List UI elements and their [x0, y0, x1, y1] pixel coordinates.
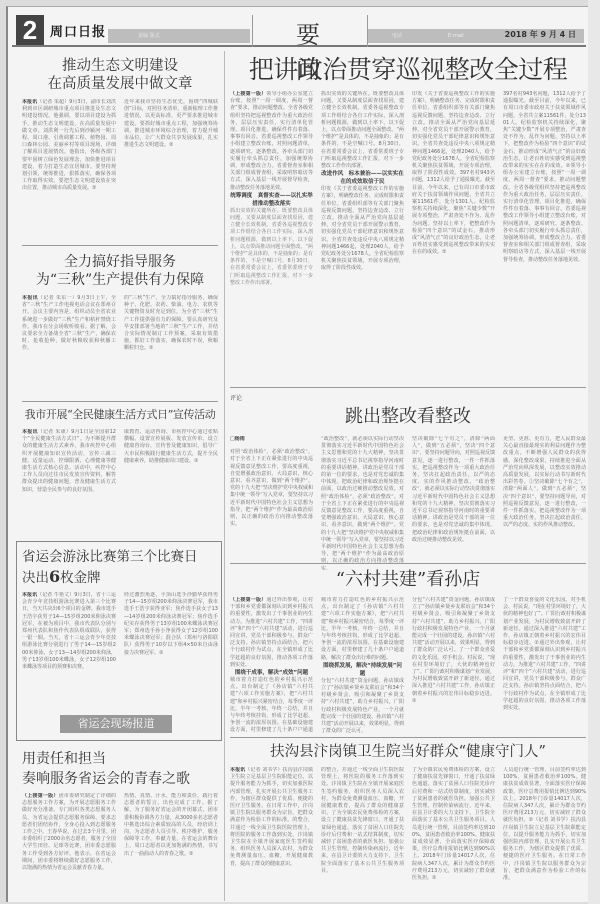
body-text: 印发《关于省委巡视整改工作的实施方案》，明确整改任务、完成时限和责任单位。省委组… [412, 91, 495, 176]
body-column: 的整合，并通过一线全面卫生院医院管理上，将医院的服务工作落到实处。汴岗镇卫生院在… [321, 767, 404, 897]
body-column: 经过激烈角逐，平顶山选手沙勤华获得男子14—15岁组200米仰泳决赛冠军，我市选… [124, 592, 218, 708]
article-lead: 本报讯 [22, 99, 37, 105]
article-lead: 本报讯 [22, 295, 38, 301]
body-text: 了一个群众喜爱的文化乐园。对手机会、村民说，“现在村里环境好了，大伙的精神也好了… [503, 597, 586, 646]
article-lead: （上接第一版） [230, 597, 266, 603]
column-divider [224, 51, 225, 901]
body-text: 印发《关于省委巡视整改工作的实施方案》，明确整改任务、完成时限和责任单位。省委组… [321, 186, 404, 271]
article-six-villages: “六村共建”看孙店 （上接第一版）通过外出参观，让村干部和乡党委都深刻认识到乡村… [230, 567, 586, 733]
body-text: “政治整改”，就必须以实际行动坚决贯彻落实习近平新时代中国特色社会主义思想和党的… [321, 436, 404, 492]
commentary-headline: 跳出整改看整改 [230, 404, 586, 430]
body-column: 康教育、运动咨询、市疾控中心通过张贴横幅、设置宣传展板、发放宣传单、设立健康咨询… [124, 429, 218, 519]
body-text: 的“三秋”生产，全力搞好指导服务，确保种子、化肥、农药、柴油、电力、农机等关键物… [124, 295, 218, 351]
article-body: （上接第一版）领导小组办公室建立台账，按照“一周一调度，两周一督查”要求，推动问… [230, 91, 586, 361]
headline-line: 省运会游泳比赛第三个比赛日 [22, 547, 218, 567]
page-margin [588, 0, 600, 904]
body-text: 人员进行统一管理，目前签约率达到100%，贫困患者救治率100%。健康扶贫成效显… [503, 767, 586, 823]
article-body: 本报讯（记者 刘书学）扶沟县汴岗镇卫生院立足基层卫生院职能定位，以提升服务能力为… [230, 767, 586, 897]
body-column: 了为全镇农民免费体检的方案，设立了健康扶贫先锋窗口，开通了扶贫绿色通道。落实了贫… [412, 767, 495, 897]
article-headline: 推动生态文明建设 在高质量发展中做文章 [22, 57, 218, 93]
hotline-meta: 电话 [392, 29, 402, 43]
masthead: 2 周口日报 责编 版式 要闻 电话 E-mail 2018 年 9 月 4 日 [12, 11, 586, 47]
body-column: 397名村943名问题，1312人给予了通报曝光。截至目前，今年以来，已有周口市… [503, 91, 586, 361]
article-headline: 我市开展“全民健康生活方式日”宣传活动 [22, 407, 218, 423]
divider [230, 737, 586, 738]
body-text: 通过外出参观，让村干部和乡党委都深刻认识到乡村振兴的重要性，激发出了干事创业的内… [503, 640, 586, 711]
article-headline: 用责任和担当 奏响服务省运会的青春之歌 [22, 749, 218, 789]
commentary-kicker: 评论 [230, 393, 586, 402]
body-text: 了一个群众喜爱的文化乐园。对手机会、村民说，“现在村里环境好了，大伙的精神也好了… [412, 647, 495, 703]
body-text: （记者 朱东一）9月3日上午，全省“三秋”生产工作电视电话会议在郑州召开。会议主… [22, 295, 116, 351]
body-column: 本报讯（记者 朱东一）9月3日上午，全省“三秋”生产工作电视电话会议在郑州召开。… [22, 295, 116, 391]
body-text: 经过激烈角逐，平顶山选手沙勤华获得男子14—15岁组200米仰泳决赛冠军，我市选… [124, 592, 218, 656]
body-text: 康教育、运动咨询、市疾控中心通过张贴横幅、设置宣传展板、发放宣传单、设立健康咨询… [124, 429, 218, 464]
body-text: 了为全镇农民免费体检的方案，设立了健康扶贫先锋窗口，开通了扶贫绿色通道。落实了贫… [412, 767, 495, 823]
headline-line: 在高质量发展中做文章 [22, 75, 218, 93]
article-body: 本报讯（记者 朱东一）9月3日上午，全省“三秋”生产工作电视电话会议在郑州召开。… [22, 295, 218, 391]
article-lead: （上接第一版） [22, 793, 59, 799]
body-text: 了为全镇农民免费体检的方案，设立了健康扶贫先锋窗口，开通了扶贫绿色通道。落实了贫… [321, 810, 404, 874]
headline-line: 为“三秋”生产提供有力保障 [22, 271, 218, 289]
page-number: 2 [16, 15, 44, 45]
subheading: 统筹调度 真督实查——以扎实举措推动整改落实 [230, 192, 313, 208]
body-text: 近年来我市坚持生态优先，围绕“四城联创”目标，对照任务清单，重新梳理工作推进情况… [124, 99, 218, 148]
body-column: 人员进行统一管理，目前签约率达到100%，贫困患者救治率100%。健康扶贫成效显… [503, 767, 586, 897]
body-text: 分包“六村共建”资金问题，孙店镇成立了“孙店镇乡贤乡友联谊会”和34个村级乡贤会… [412, 597, 495, 653]
subheading: 围绕抓发展，解决“持续发展”问题 [321, 662, 404, 678]
body-text: 397名村943名问题，1312人给予了通报曝光。截至目前，今年以来，已有周口市… [412, 170, 495, 255]
newspaper-page: 2 周口日报 责编 版式 要闻 电话 E-mail 2018 年 9 月 4 日… [6, 6, 588, 902]
body-column: 城市着力打造红色的乡村振兴示范点。出台制定了《孙店镇“六村共建”六项工作实施方案… [321, 597, 404, 733]
article-three-autumn: 全力搞好指导服务 为“三秋”生产提供有力保障 本报讯（记者 朱东一）9月3日上午… [22, 253, 218, 391]
commentary-body: □杨雨对照“政治体检”，必须“政治整改”。对于全省上下正在紧张进行的中央巡视反馈… [230, 436, 586, 570]
divider [252, 15, 253, 47]
article-health-gatekeeper: 扶沟县汴岗镇卫生院当好群众“健康守门人” 本报讯（记者 刘书学）扶沟县汴岗镇卫生… [230, 741, 586, 897]
byline: □杨雨 [230, 436, 313, 443]
article-ecology: 推动生态文明建设 在高质量发展中做文章 本报讯（记者 朱超）9月3日，副市长刘洪… [22, 57, 218, 247]
body-text: 城市着力打造红色的乡村振兴示范点。出台制定了《孙店镇“六村共建”六项工作实施方案… [321, 597, 404, 661]
issue-date: 2018 年 9 月 4 日 [505, 29, 576, 40]
contact-bar: 电话 E-mail 2018 年 9 月 4 日 [368, 29, 584, 43]
body-text: 坚决破除“七个有之”，清除“两面人”，做到“五必须”，坚决“四个意识”，要坚持问… [503, 479, 586, 528]
body-column: 抓出实效的关键所在。既要整改具体问题，又要从制度层面查找原因，建立健全长效机制。… [321, 91, 404, 361]
email-meta: E-mail [448, 29, 464, 43]
article-lead: 本报讯 [22, 429, 38, 435]
body-text: 抓出实效的关键所在。既要整改具体问题，又要从制度层面查找原因，建立健全长效机制。… [230, 208, 313, 286]
body-text: 城市着力打造红色的乡村振兴示范点。出台制定了《孙店镇“六村共建”六项工作实施方案… [230, 677, 313, 733]
report-label: 省运会现场报道 [60, 715, 172, 733]
body-column: （上接第一版）通过外出参观，让村干部和乡党委都深刻认识到乡村振兴的重要性，激发出… [230, 597, 313, 733]
headline-part: 枚金牌 [60, 570, 101, 586]
body-column: 的“三秋”生产，全力搞好指导服务，确保种子、化肥、农药、柴油、电力、农机等关键物… [124, 295, 218, 391]
body-column: “政治整改”，就必须以实际行动坚决贯彻落实习近平新时代中国特色社会主义思想和党的… [321, 436, 404, 570]
headline-number: 6 [49, 567, 60, 586]
body-text: （记者 刘书学）扶沟县汴岗镇卫生院立足基层卫生院职能定位，以提升服务能力为抓手，… [503, 817, 586, 881]
article-body: 本报讯（记者 朱超）9月3日，副市长刘洪利到市区调研城市重点项目推进及生态文明建… [22, 99, 218, 247]
article-body: （上接第一版）团市委研究制定了详细的志愿服务工作方案，为开展志愿服务工作做好充分… [22, 793, 218, 899]
body-text: 的整合，并通过一线全面卫生院医院管理上，将医院的服务工作落到实处。汴岗镇卫生院在… [230, 817, 313, 866]
commentary: 评论 跳出整改看整改 □杨雨对照“政治体检”，必须“政治整改”。对于全省上下正在… [230, 393, 586, 570]
body-column: 本报讯（记者 刘书学）扶沟县汴岗镇卫生院立足基层卫生院职能定位，以提升服务能力为… [230, 767, 313, 897]
subheading: 围绕干成事，解决“成效”问题 [230, 669, 313, 677]
body-column: （上接第一版）团市委研究制定了详细的志愿服务工作方案，为开展志愿服务工作做好充分… [22, 793, 116, 899]
article-headline: “六村共建”看孙店 [230, 567, 586, 593]
body-column: 印发《关于省委巡视整改工作的实施方案》，明确整改任务、完成时限和责任单位。省委组… [412, 91, 495, 361]
body-text: 通过外出参观，让村干部和乡党委都深刻认识到乡村振兴的重要性，激发出了干事创业的内… [230, 597, 313, 668]
body-text: 坚决破除“七个有之”，清除“两面人”，做到“五必须”，坚决“四个意识”，要坚持问… [412, 436, 495, 485]
body-column: （上接第一版）领导小组办公室建立台账，按照“一周一调度，两周一督查”要求，推动问… [230, 91, 313, 361]
body-text: 热情、真情、汗水、能力和责任，践行着志愿者的誓言，出色完成了工作。据了解，为了服… [124, 793, 218, 857]
editor-meta: 责编 版式 [138, 33, 160, 39]
body-text: “政治整改”，就必须以实际行动坚决贯彻落实习近平新时代中国特色社会主义思想和党的… [412, 479, 495, 543]
headline-line: 全力搞好指导服务 [22, 253, 218, 271]
body-text: 对照“政治体检”，必须“政治整改”。对于全省上下正在紧张进行的中央巡视反馈意见整… [321, 486, 404, 570]
article-body: 本报讯（记者 牛艳丈）9月3日，省十三运会青少年竞技组游泳比赛进入第三个比赛日，… [22, 592, 218, 708]
body-text: 的整合，并通过一线全面卫生院医院管理上，将医院的服务工作落到实处。汴岗镇卫生院在… [321, 767, 404, 816]
body-column: 本报讯（记者 朱超）9月3日，副市长刘洪利到市区调研城市重点项目推进及生态文明建… [22, 99, 116, 247]
body-text: 人员进行统一管理，目前签约率达到100%，贫困患者救治率100%。健康扶贫成效显… [412, 817, 495, 881]
body-text: （记者 刘书学）扶沟县汴岗镇卫生院立足基层卫生院职能定位，以提升服务能力为抓手，… [230, 767, 313, 823]
body-column: 更坚、更准、更有力，把人民群众最关心最直接最现实的利益问题作为整改重点，不断增强… [503, 436, 586, 570]
body-text: （记者 朱超）9月3日，副市长刘洪利到市区调研城市重点项目推进及生态文明建设情况… [22, 99, 116, 191]
body-column: 热情、真情、汗水、能力和责任，践行着志愿者的誓言，出色完成了工作。据了解，为了服… [124, 793, 218, 899]
body-text: 397名村943名问题，1312人给予了通报曝光。截至目前，今年以来，已有周口市… [503, 91, 586, 169]
body-text: 团市委研究制定了详细的志愿服务工作方案，为开展志愿服务工作做好充分准备。专门组织… [22, 793, 116, 871]
paper-logo: 周口日报 [50, 21, 106, 40]
body-text: 更坚、更准、更有力，把人民群众最关心最直接最现实的利益问题作为整改重点，不断增强… [503, 436, 586, 485]
body-column: 了一个群众喜爱的文化乐园。对手机会、村民说，“现在村里环境好了，大伙的精神也好了… [503, 597, 586, 733]
body-text: 领导小组办公室建立台账，按照“一周一调度，两周一督查”要求，推动问题整改。全省各… [503, 163, 586, 263]
article-headline: 全力搞好指导服务 为“三秋”生产提供有力保障 [22, 253, 218, 289]
body-text: 抓出实效的关键所在。既要整改具体问题，又要从制度层面查找原因，建立健全长效机制。… [321, 91, 404, 169]
divider [230, 563, 586, 564]
lead-headline: 把讲政治贯穿巡视整改全过程 [230, 53, 586, 87]
article-headline: 扶沟县汴岗镇卫生院当好群众“健康守门人” [230, 741, 586, 763]
headline-line: 用责任和担当 [22, 749, 218, 769]
body-column: 近年来我市坚持生态优先，围绕“四城联创”目标，对照任务清单，重新梳理工作推进情况… [124, 99, 218, 247]
article-body: 本报讯（记者 朱東）9月1日是全国第12个“全民健康生活方式日”。为不断提升群众… [22, 429, 218, 519]
divider [22, 401, 218, 402]
body-text: （记者 朱東）9月1日是全国第12个“全民健康生活方式日”。为不断提升群众的健康… [22, 429, 116, 493]
article-headline: 省运会游泳比赛第三个比赛日 决出6枚金牌 [22, 547, 218, 588]
body-column: 坚决破除“七个有之”，清除“两面人”，做到“五必须”，坚决“四个意识”，要坚持问… [412, 436, 495, 570]
headline-line: 决出6枚金牌 [22, 567, 218, 588]
headline-part: 决出 [22, 570, 49, 586]
editor-bar: 责编 版式 [108, 29, 250, 43]
body-text: 领导小组办公室建立台账，按照“一周一调度，两周一督查”要求，推动问题整改。全省各… [230, 91, 313, 191]
body-column: □杨雨对照“政治体检”，必须“政治整改”。对于全省上下正在紧张进行的中央巡视反馈… [230, 436, 313, 570]
body-column: 分包“六村共建”资金问题，孙店镇成立了“孙店镇乡贤乡友联谊会”和34个村级乡贤会… [412, 597, 495, 733]
body-text: 分包“六村共建”资金问题，孙店镇成立了“孙店镇乡贤乡友联谊会”和34个村级乡贤会… [321, 678, 404, 733]
article-body: （上接第一版）通过外出参观，让村干部和乡党委都深刻认识到乡村振兴的重要性，激发出… [230, 597, 586, 733]
divider [230, 387, 586, 388]
article-youth-volunteers: 用责任和担当 奏响服务省运会的青春之歌 （上接第一版）团市委研究制定了详细的志愿… [22, 749, 218, 899]
body-column: 本报讯（记者 朱東）9月1日是全国第12个“全民健康生活方式日”。为不断提升群众… [22, 429, 116, 519]
article-inspection-rectification: 把讲政治贯穿巡视整改全过程 （上接第一版）领导小组办公室建立台账，按照“一周一调… [230, 53, 586, 361]
headline-line: 推动生态文明建设 [22, 57, 218, 75]
subheading: 改进作风 标本兼治——以实实在在的成效取信于民 [321, 170, 404, 186]
article-lead: 本报讯 [230, 767, 245, 773]
body-text: （记者 牛艳丈）9月3日，省十三运会青少年竞技组游泳比赛进入第三个比赛日，当天共… [22, 592, 116, 670]
article-swimming: 省运会游泳比赛第三个比赛日 决出6枚金牌 本报讯（记者 牛艳丈）9月3日，省十三… [22, 547, 218, 708]
article-lead: 本报讯 [22, 592, 37, 598]
article-lead: （上接第一版） [230, 91, 266, 97]
body-column: 本报讯（记者 牛艳丈）9月3日，省十三运会青少年竞技组游泳比赛进入第三个比赛日，… [22, 592, 116, 708]
divider [22, 245, 218, 246]
article-health-day: 我市开展“全民健康生活方式日”宣传活动 本报讯（记者 朱東）9月1日是全国第12… [22, 407, 218, 519]
body-text: 对照“政治体检”，必须“政治整改”。对于全省上下正在紧张进行的中央巡视反馈意见整… [230, 449, 313, 527]
headline-line: 奏响服务省运会的青春之歌 [22, 769, 218, 789]
